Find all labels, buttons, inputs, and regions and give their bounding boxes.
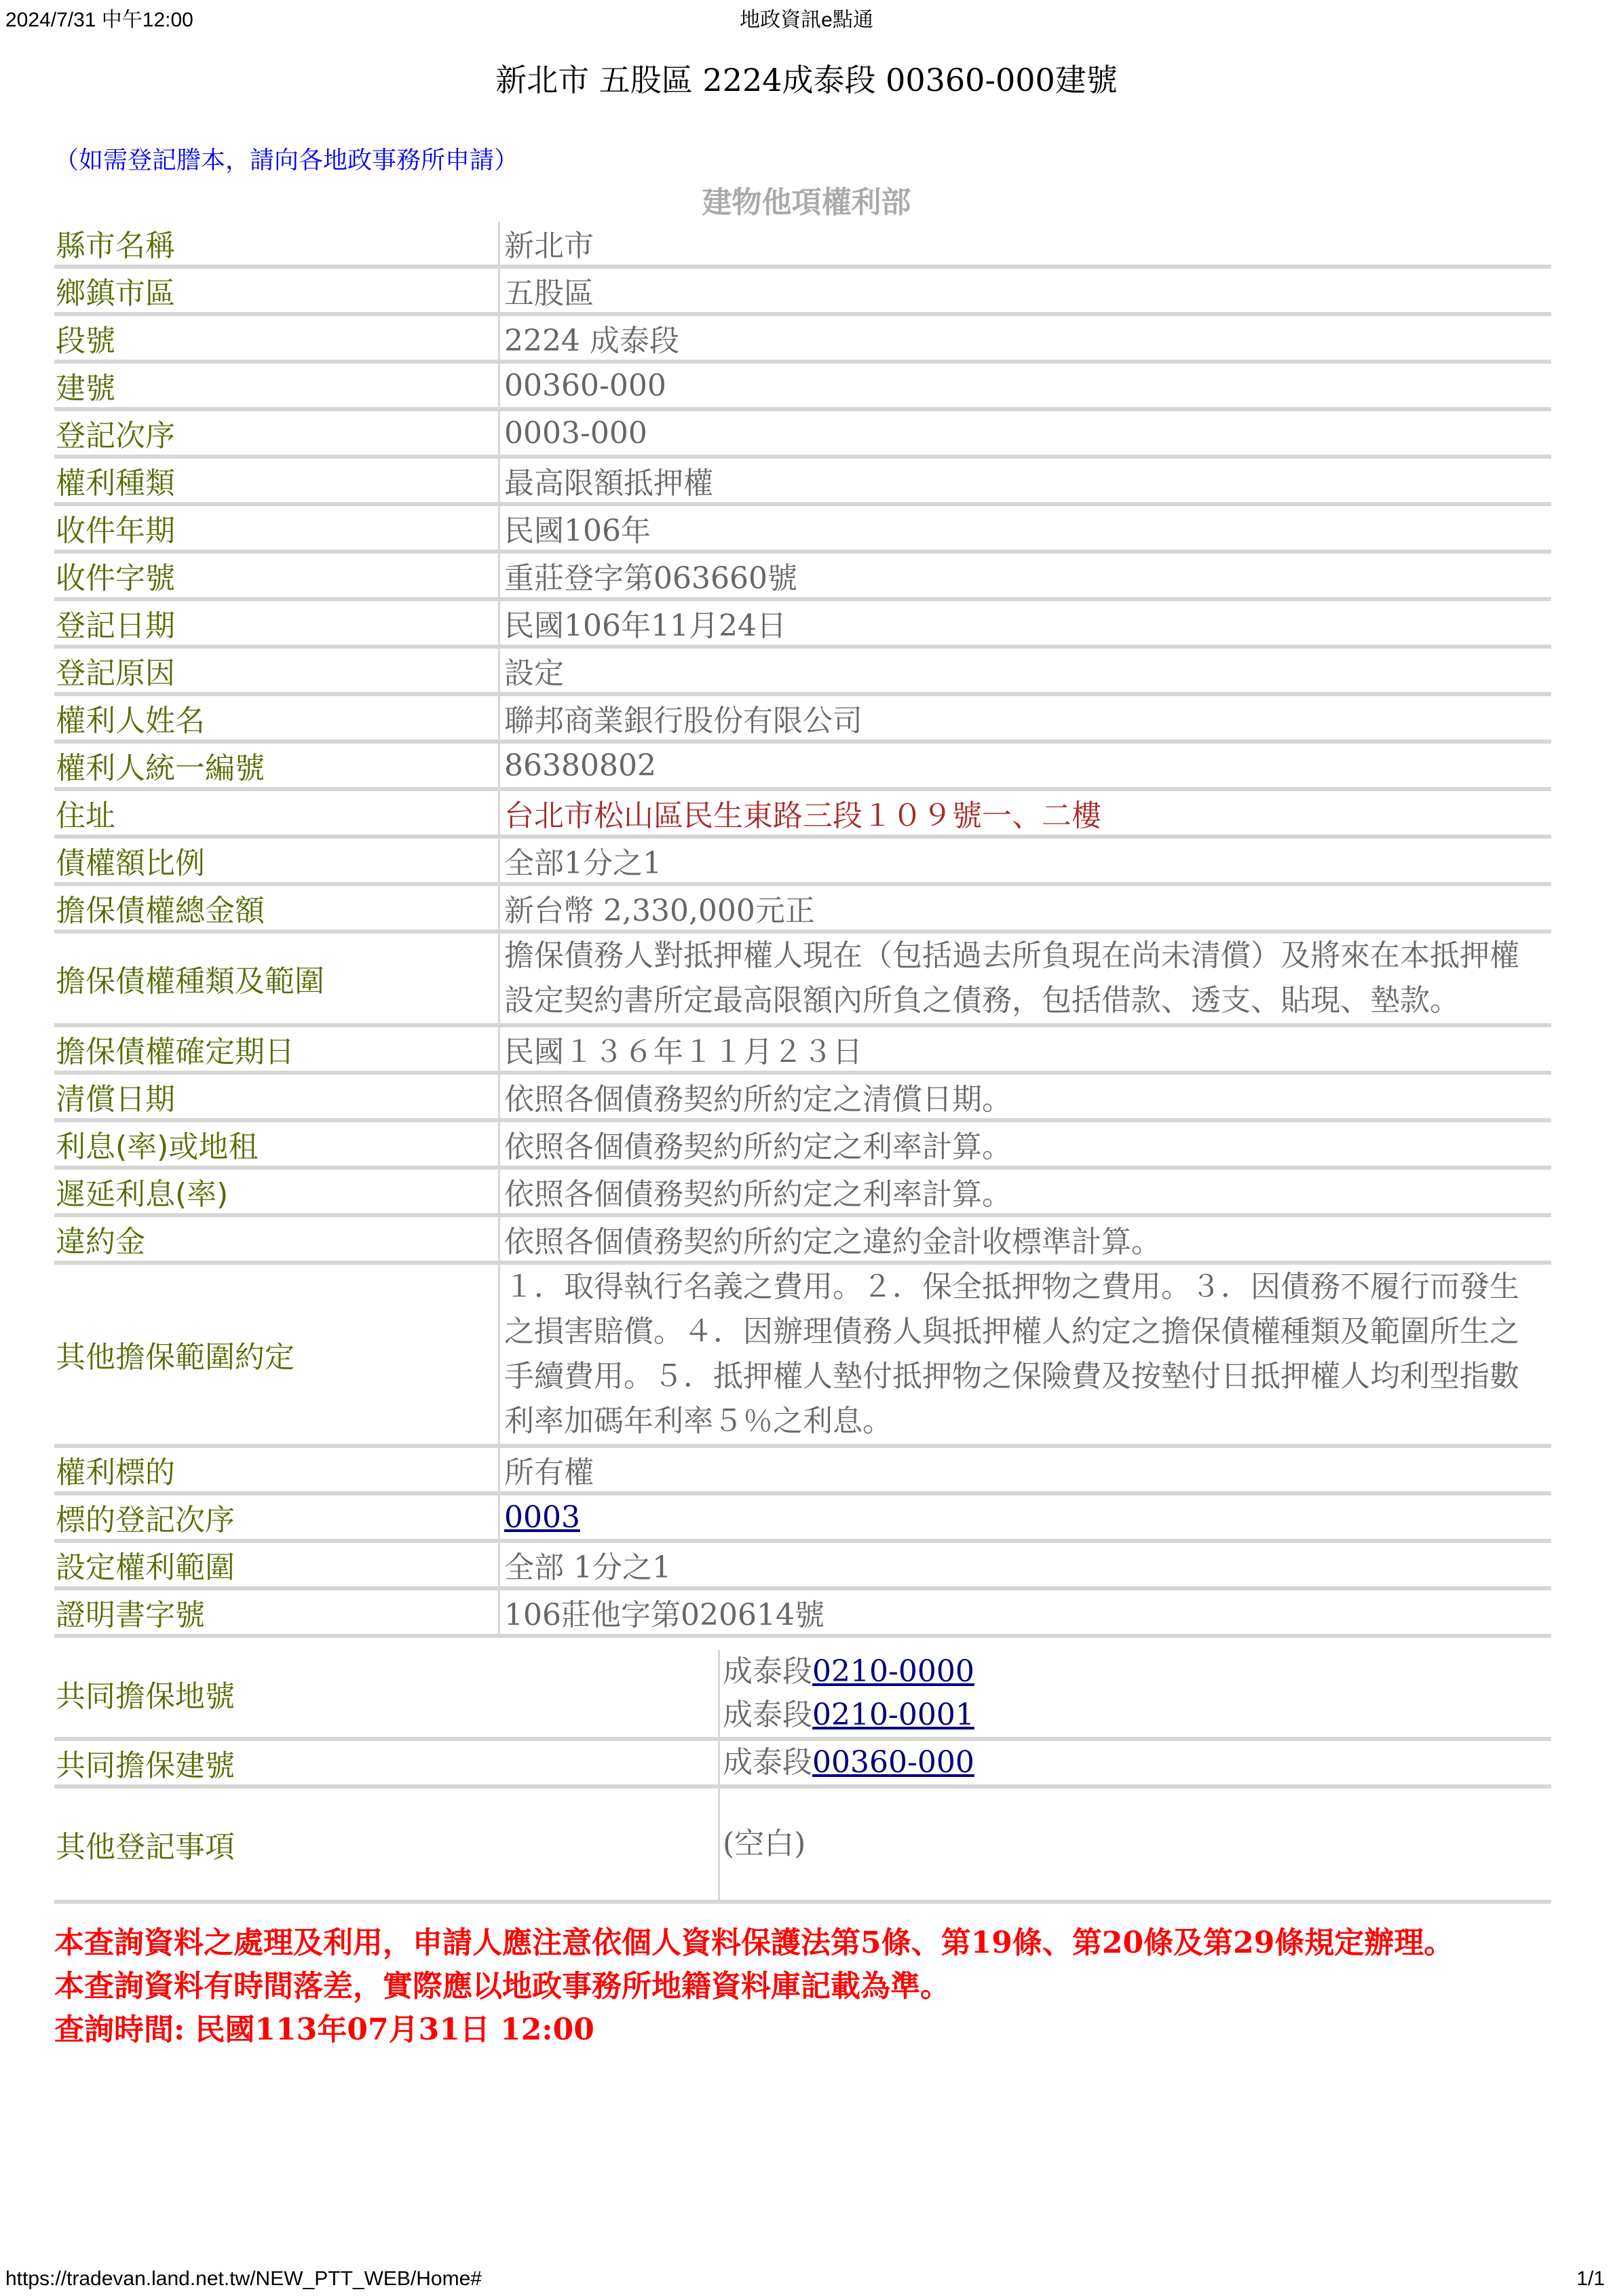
row-label: 遲延利息(率): [54, 1168, 499, 1215]
table-row: 債權額比例全部1分之1: [54, 837, 1551, 884]
table-row: 登記日期民國106年11月24日: [54, 599, 1551, 647]
row-label: 住址: [54, 789, 499, 837]
table-row: 登記原因設定: [54, 647, 1551, 694]
row-value: 最高限額抵押權: [499, 457, 1552, 504]
table-row: 縣市名稱新北市: [54, 221, 1551, 267]
joint-collateral-table: 共同擔保地號 成泰段0210-0000 成泰段0210-0001 共同擔保建號 …: [54, 1650, 1551, 1904]
row-value: 0003-000: [499, 409, 1552, 457]
row-value: 全部 1分之1: [499, 1541, 1552, 1588]
joint-land-item: 成泰段0210-0001: [723, 1694, 1549, 1737]
row-label: 鄉鎮市區: [54, 267, 499, 314]
land-number-link[interactable]: 0210-0001: [812, 1698, 974, 1732]
row-value: 成泰段0210-0000 成泰段0210-0001: [719, 1650, 1552, 1739]
address-value: 台北市松山區民生東路三段１０９號一、二樓: [499, 789, 1552, 837]
row-label: 收件年期: [54, 504, 499, 552]
table-row: 設定權利範圍全部 1分之1: [54, 1541, 1551, 1588]
print-url: https://tradevan.land.net.tw/NEW_PTT_WEB…: [5, 2268, 482, 2291]
table-row: 利息(率)或地租依照各個債務契約所約定之利率計算。: [54, 1120, 1551, 1168]
table-row: 標的登記次序0003: [54, 1493, 1551, 1541]
row-value: 聯邦商業銀行股份有限公司: [499, 694, 1552, 742]
table-row: 清償日期依照各個債務契約所約定之清償日期。: [54, 1073, 1551, 1120]
table-row: 鄉鎮市區五股區: [54, 267, 1551, 314]
time-lag-notice: 本查詢資料有時間落差，實際應以地政事務所地籍資料庫記載為準。: [54, 1965, 1554, 2008]
row-label: 擔保債權總金額: [54, 884, 499, 932]
row-label: 共同擔保建號: [54, 1739, 719, 1786]
table-row: 擔保債權總金額新台幣 2,330,000元正: [54, 884, 1551, 932]
row-value: 依照各個債務契約所約定之利率計算。: [499, 1168, 1552, 1215]
row-label: 設定權利範圍: [54, 1541, 499, 1588]
table-row: 登記次序0003-000: [54, 409, 1551, 457]
table-row: 建號00360-000: [54, 362, 1551, 409]
row-label: 證明書字號: [54, 1588, 499, 1636]
table-row: 權利標的所有權: [54, 1446, 1551, 1493]
table-row: 權利人姓名聯邦商業銀行股份有限公司: [54, 694, 1551, 742]
table-row: 證明書字號106莊他字第020614號: [54, 1588, 1551, 1636]
table-row: 收件年期民國106年: [54, 504, 1551, 552]
table-row: 共同擔保建號 成泰段00360-000: [54, 1739, 1551, 1786]
row-value: 0003: [499, 1493, 1552, 1541]
registration-order-link[interactable]: 0003: [504, 1500, 580, 1535]
row-label: 登記次序: [54, 409, 499, 457]
row-label: 標的登記次序: [54, 1493, 499, 1541]
section-name: 成泰段: [723, 1745, 812, 1780]
print-page-number: 1/1: [1576, 2268, 1605, 2291]
joint-building-item: 成泰段00360-000: [723, 1741, 1549, 1784]
transcript-note-link[interactable]: （如需登記謄本，請向各地政事務所申請）: [54, 141, 518, 176]
print-header: 2024/7/31 中午12:00 地政資訊e點通: [0, 3, 1613, 30]
row-value: 民國106年11月24日: [499, 599, 1552, 647]
table-row: 權利人統一編號86380802: [54, 742, 1551, 789]
section-name: 成泰段: [723, 1698, 812, 1732]
table-row: 其他擔保範圍約定１．取得執行名義之費用。２．保全抵押物之費用。３．因債務不履行而…: [54, 1263, 1551, 1446]
row-value: 依照各個債務契約所約定之清償日期。: [499, 1073, 1552, 1120]
table-row: 權利種類最高限額抵押權: [54, 457, 1551, 504]
row-label: 違約金: [54, 1215, 499, 1263]
row-label: 其他登記事項: [54, 1786, 719, 1902]
row-label: 擔保債權確定期日: [54, 1025, 499, 1073]
row-label: 登記日期: [54, 599, 499, 647]
row-label: 清償日期: [54, 1073, 499, 1120]
row-value: 86380802: [499, 742, 1552, 789]
print-footer: https://tradevan.land.net.tw/NEW_PTT_WEB…: [0, 2268, 1613, 2295]
notices: 本查詢資料之處理及利用，申請人應注意依個人資料保護法第5條、第19條、第20條及…: [54, 1921, 1554, 2052]
joint-land-item: 成泰段0210-0000: [723, 1650, 1549, 1694]
privacy-notice: 本查詢資料之處理及利用，申請人應注意依個人資料保護法第5條、第19條、第20條及…: [54, 1921, 1554, 1965]
row-label: 收件字號: [54, 552, 499, 599]
row-label: 其他擔保範圍約定: [54, 1263, 499, 1446]
rights-table: 縣市名稱新北市 鄉鎮市區五股區 段號2224 成泰段 建號00360-000 登…: [54, 221, 1551, 1638]
row-label: 縣市名稱: [54, 221, 499, 267]
section-name: 成泰段: [723, 1654, 812, 1689]
row-value: 設定: [499, 647, 1552, 694]
page-title: 新北市 五股區 2224成泰段 00360-000建號: [0, 56, 1613, 100]
row-label: 權利人姓名: [54, 694, 499, 742]
row-value: 新北市: [499, 221, 1552, 267]
row-value: 2224 成泰段: [499, 314, 1552, 362]
section-title: 建物他項權利部: [0, 178, 1613, 221]
row-label: 權利標的: [54, 1446, 499, 1493]
row-label: 利息(率)或地租: [54, 1120, 499, 1168]
land-number-link[interactable]: 0210-0000: [812, 1654, 974, 1689]
table-row: 擔保債權種類及範圍擔保債務人對抵押權人現在（包括過去所負現在尚未清償）及將來在本…: [54, 932, 1551, 1025]
row-label: 段號: [54, 314, 499, 362]
row-value: 民國１３６年１１月２３日: [499, 1025, 1552, 1073]
row-label: 共同擔保地號: [54, 1650, 719, 1739]
row-value: 全部1分之1: [499, 837, 1552, 884]
row-value: 擔保債務人對抵押權人現在（包括過去所負現在尚未清償）及將來在本抵押權設定契約書所…: [499, 932, 1552, 1025]
table-row: 其他登記事項 (空白): [54, 1786, 1551, 1902]
row-value: 五股區: [499, 267, 1552, 314]
print-site-title: 地政資訊e點通: [0, 3, 1613, 33]
table-row: 住址台北市松山區民生東路三段１０９號一、二樓: [54, 789, 1551, 837]
row-value: 新台幣 2,330,000元正: [499, 884, 1552, 932]
row-label: 權利人統一編號: [54, 742, 499, 789]
building-number-link[interactable]: 00360-000: [812, 1745, 974, 1780]
row-value: (空白): [719, 1786, 1552, 1902]
table-row: 遲延利息(率)依照各個債務契約所約定之利率計算。: [54, 1168, 1551, 1215]
row-label: 債權額比例: [54, 837, 499, 884]
row-label: 登記原因: [54, 647, 499, 694]
row-label: 權利種類: [54, 457, 499, 504]
row-value: 重莊登字第063660號: [499, 552, 1552, 599]
row-value: １．取得執行名義之費用。２．保全抵押物之費用。３．因債務不履行而發生之損害賠償。…: [499, 1263, 1552, 1446]
row-value: 依照各個債務契約所約定之利率計算。: [499, 1120, 1552, 1168]
row-label: 擔保債權種類及範圍: [54, 932, 499, 1025]
row-value: 依照各個債務契約所約定之違約金計收標準計算。: [499, 1215, 1552, 1263]
row-value: 民國106年: [499, 504, 1552, 552]
table-row: 段號2224 成泰段: [54, 314, 1551, 362]
table-row: 擔保債權確定期日民國１３６年１１月２３日: [54, 1025, 1551, 1073]
query-time: 查詢時間: 民國113年07月31日 12:00: [54, 2008, 1554, 2052]
table-row: 收件字號重莊登字第063660號: [54, 552, 1551, 599]
row-value: 所有權: [499, 1446, 1552, 1493]
table-row: 共同擔保地號 成泰段0210-0000 成泰段0210-0001: [54, 1650, 1551, 1739]
section-title-text: 建物他項權利部: [702, 178, 911, 221]
row-label: 建號: [54, 362, 499, 409]
row-value: 106莊他字第020614號: [499, 1588, 1552, 1636]
table-row: 違約金依照各個債務契約所約定之違約金計收標準計算。: [54, 1215, 1551, 1263]
row-value: 成泰段00360-000: [719, 1739, 1552, 1786]
row-value: 00360-000: [499, 362, 1552, 409]
